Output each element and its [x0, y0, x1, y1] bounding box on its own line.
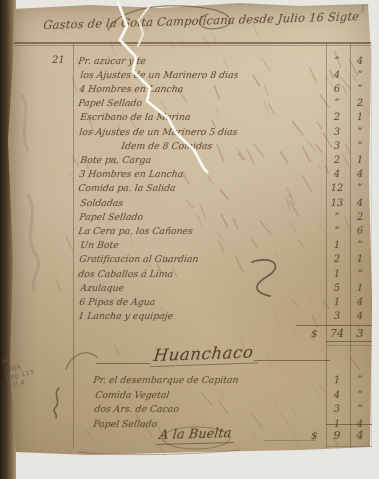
amount-pesos: ”	[326, 98, 348, 109]
ledger-row: Un Bote 1 ”	[0, 240, 379, 254]
ledger-row: Escribano de la Marina 2 1	[0, 112, 379, 126]
total-rule-above	[296, 325, 372, 326]
total-rule-below-2	[326, 345, 372, 346]
amount-reales: ”	[350, 404, 370, 415]
amount-pesos: 1	[326, 375, 348, 386]
item-description: Azulaque	[80, 283, 125, 294]
carry-reales: 4	[350, 429, 370, 442]
item-description: Escribano de la Marina	[80, 112, 191, 123]
currency-sign: $	[311, 430, 318, 442]
total-reales: 3	[350, 327, 370, 340]
carry-pesos: 9	[326, 429, 348, 442]
ledger-row: Bote pa. Carga 2 1	[0, 155, 379, 169]
item-description: 1 Lancha y equipaje	[78, 311, 174, 322]
amount-reales: 1	[350, 112, 370, 123]
ledger-row: dos Caballos á Lima 1 ”	[0, 269, 379, 283]
amount-reales: 4	[350, 56, 370, 67]
item-description: Comida Vegetal	[95, 390, 170, 401]
ledger-row: los Ajustes de un Marinero 5 dias 3 ”	[0, 127, 379, 141]
item-description: La Cera pa. los Cañones	[78, 226, 194, 237]
ledger-row: La Cera pa. los Cañones ” 6	[0, 226, 379, 240]
ledger-row: 4 Hombres en Lancha 6 ”	[0, 84, 379, 98]
amount-pesos: 12	[326, 183, 348, 194]
amount-pesos: 2	[326, 155, 348, 166]
amount-reales: 1	[350, 254, 370, 265]
amount-reales: ”	[350, 183, 370, 194]
archive-stamp: M. CAJA Leg 115 Fol 4	[2, 352, 37, 390]
amount-pesos: ”	[326, 212, 348, 223]
amount-pesos: 4	[326, 70, 348, 81]
item-description: los Ajustes de un Marinero 8 dias	[80, 70, 239, 81]
item-description: Papel Sellado	[78, 98, 143, 109]
amount-pesos: 4	[326, 169, 348, 180]
item-description: Soldadas	[80, 198, 124, 209]
section-header: Huanchaco	[150, 342, 260, 367]
item-description: 4 Hombres en Lancha	[79, 84, 184, 95]
amount-reales: 4	[350, 311, 370, 322]
amount-pesos: 3	[326, 311, 348, 322]
ledger-row: Soldadas 13 4	[0, 198, 379, 212]
carry-rule-below	[326, 446, 372, 447]
item-description: dos Caballos á Lima	[78, 269, 174, 280]
carry-forward-label: A la Buelta	[156, 426, 236, 445]
ledger-row: Pr. el desembarque de Capitan 1 ”	[0, 375, 379, 389]
header-dash-left	[96, 363, 150, 364]
amount-reales: 6	[350, 226, 370, 237]
currency-sign: $	[311, 328, 318, 340]
item-description: 6 Pipas de Agua	[79, 297, 156, 308]
item-description: Gratificacion al Guardian	[79, 254, 199, 265]
item-description: Papel Sellado	[93, 419, 158, 430]
ledger-row: dos Ars. de Cacao 3 ”	[0, 404, 379, 418]
page-number: 1	[360, 5, 366, 15]
title-rule-top	[14, 42, 371, 44]
amount-pesos: 2	[326, 254, 348, 265]
ledger-row: 1 Lancha y equipaje 3 4	[0, 311, 379, 325]
amount-pesos: 13	[326, 198, 348, 209]
ledger-row: Idem de 8 Comidas 3 ”	[0, 141, 379, 155]
item-description: los Ajustes de un Marinero 5 dias	[79, 127, 238, 138]
item-description: Idem de 8 Comidas	[121, 141, 213, 152]
amount-pesos: 5	[326, 283, 348, 294]
ledger-row: los Ajustes de un Marinero 8 dias 4 ”	[0, 70, 379, 84]
total-pesos: 74	[326, 327, 348, 340]
amount-pesos: ”	[326, 56, 348, 67]
ledger-row: Papel Sellado ” 2	[0, 98, 379, 112]
ledger-row: Pr. azucar y te ” 4	[0, 56, 379, 70]
item-description: Pr. el desembarque de Capitan	[93, 375, 240, 386]
amount-reales: 1	[350, 283, 370, 294]
header-dash-right	[254, 360, 330, 361]
amount-pesos: 1	[326, 297, 348, 308]
document-title: Gastos de la Golta Campolicana desde Jul…	[43, 9, 360, 32]
amount-reales: ”	[350, 127, 370, 138]
amount-reales: ”	[350, 141, 370, 152]
item-description: 3 Hombres en Lancha	[79, 169, 184, 180]
manuscript-scan: 1 Gastos de la Golta Campolicana desde J…	[0, 0, 379, 479]
amount-reales: 2	[350, 212, 370, 223]
amount-reales: ”	[350, 375, 370, 386]
amount-reales: 4	[350, 297, 370, 308]
item-description: Papel Sellado	[79, 212, 144, 223]
ledger-row: Comida pa. la Salida 12 ”	[0, 183, 379, 197]
title-rule-bottom	[14, 45, 371, 46]
ledger-row: Papel Sellado ” 2	[0, 212, 379, 226]
amount-pesos: 6	[326, 84, 348, 95]
amount-reales: 4	[350, 198, 370, 209]
amount-pesos: ”	[326, 226, 348, 237]
ledger-row: Azulaque 5 1	[0, 283, 379, 297]
item-description: dos Ars. de Cacao	[94, 404, 180, 415]
amount-pesos: 1	[326, 269, 348, 280]
amount-reales: 2	[350, 98, 370, 109]
item-description: Comida pa. la Salida	[78, 183, 177, 194]
amount-reales: ”	[350, 240, 370, 251]
carry-rule-above	[326, 424, 372, 425]
amount-reales: 1	[350, 155, 370, 166]
item-description: Pr. azucar y te	[78, 56, 147, 67]
amount-pesos: 1	[326, 240, 348, 251]
ledger-row: 6 Pipas de Agua 1 4	[0, 297, 379, 311]
total-rule-below-1	[326, 341, 372, 342]
carry-dash	[264, 440, 316, 441]
amount-pesos: 4	[326, 390, 348, 401]
amount-reales: 4	[350, 169, 370, 180]
ledger-row: Comida Vegetal 4 ”	[0, 390, 379, 404]
ledger-row: Gratificacion al Guardian 2 1	[0, 254, 379, 268]
amount-pesos: 3	[326, 404, 348, 415]
amount-pesos: 2	[326, 112, 348, 123]
item-description: Bote pa. Carga	[80, 155, 152, 166]
amount-reales: ”	[350, 269, 370, 280]
amount-reales: ”	[350, 84, 370, 95]
amount-reales: ”	[350, 70, 370, 81]
amount-reales: ”	[350, 390, 370, 401]
amount-pesos: 3	[326, 127, 348, 138]
amount-pesos: 3	[326, 141, 348, 152]
ledger-row: 3 Hombres en Lancha 4 4	[0, 169, 379, 183]
item-description: Un Bote	[80, 240, 120, 251]
